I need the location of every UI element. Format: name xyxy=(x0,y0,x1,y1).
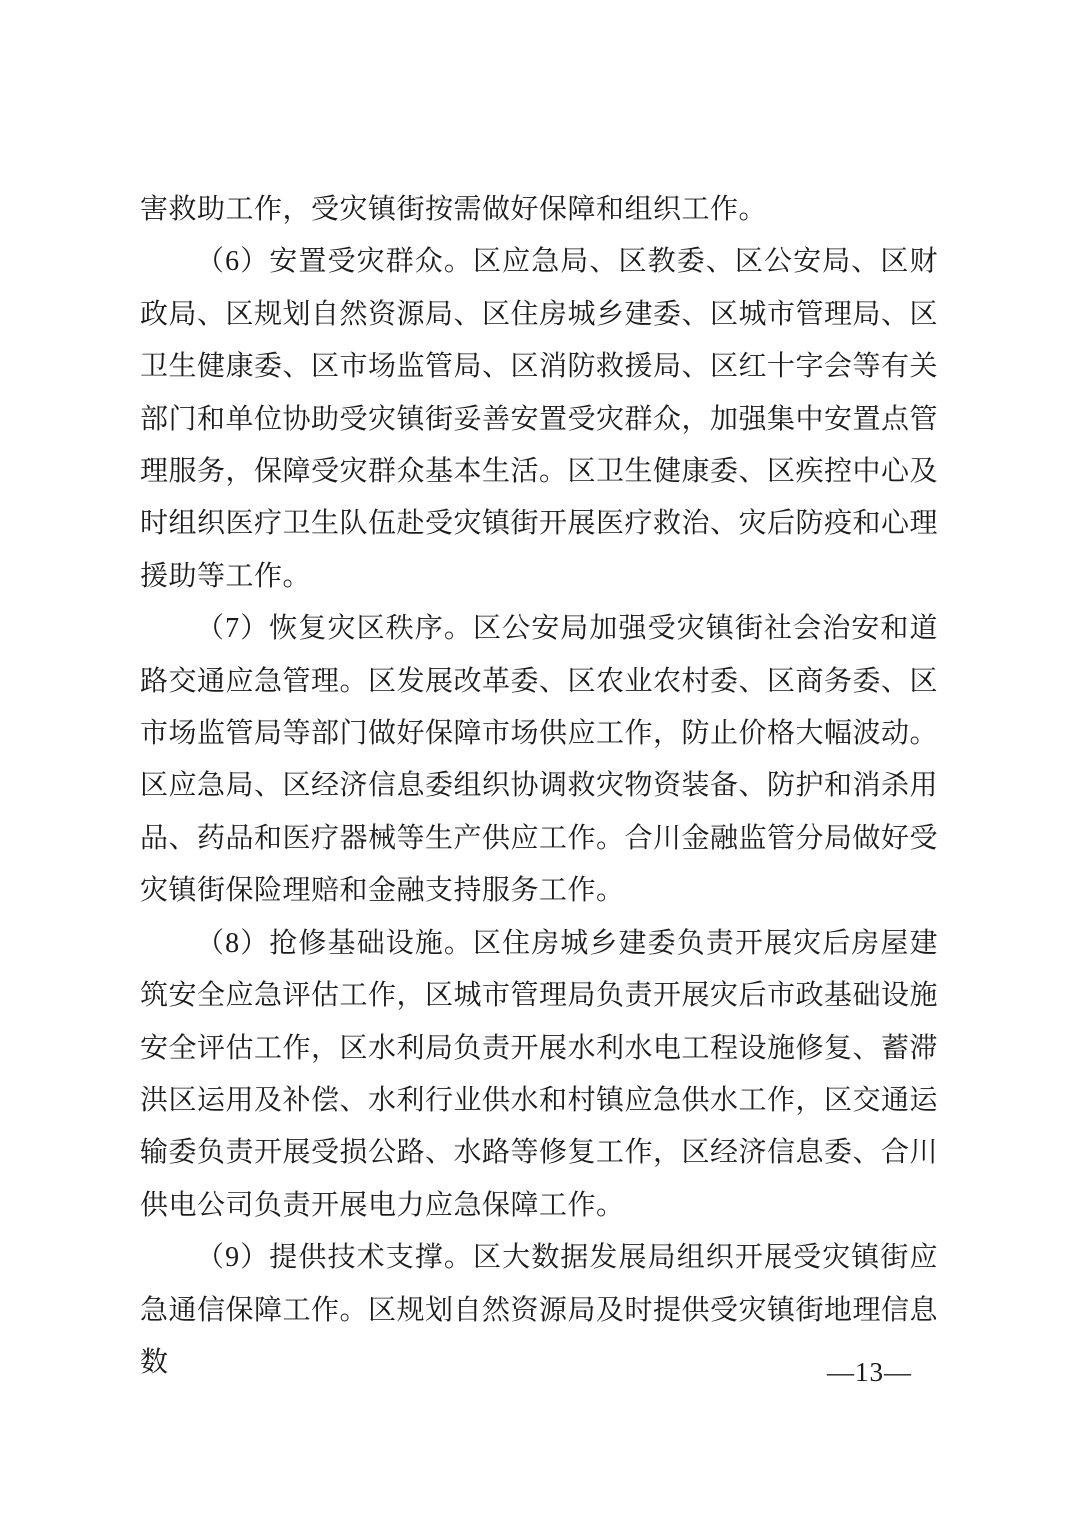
paragraph-item-7: （7）恢复灾区秩序。区公安局加强受灾镇街社会治安和道路交通应急管理。区发展改革委… xyxy=(140,603,938,917)
paragraph-item-9: （9）提供技术支撑。区大数据发展局组织开展受灾镇街应急通信保障工作。区规划自然资… xyxy=(140,1232,938,1389)
paragraph-item-6: （6）安置受灾群众。区应急局、区教委、区公安局、区财政局、区规划自然资源局、区住… xyxy=(140,236,938,603)
document-body: 害救助工作，受灾镇街按需做好保障和组织工作。 （6）安置受灾群众。区应急局、区教… xyxy=(140,184,938,1389)
paragraph-item-8: （8）抢修基础设施。区住房城乡建委负责开展灾后房屋建筑安全应急评估工作，区城市管… xyxy=(140,918,938,1232)
paragraph-continuation: 害救助工作，受灾镇街按需做好保障和组织工作。 xyxy=(140,184,938,236)
page-number: —13— xyxy=(827,1352,912,1392)
document-page: 害救助工作，受灾镇街按需做好保障和组织工作。 （6）安置受灾群众。区应急局、区教… xyxy=(0,0,1074,1520)
